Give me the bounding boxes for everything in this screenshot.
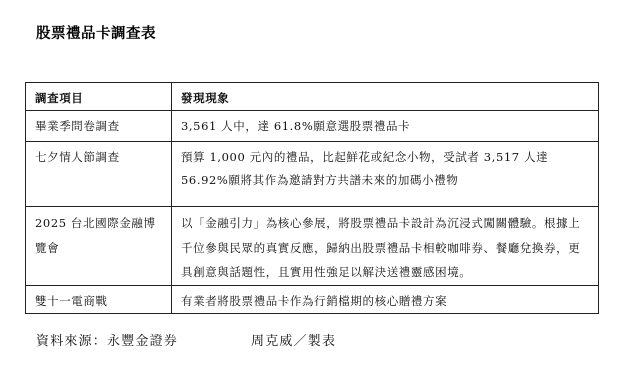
finding-cell: 以「金融引力」為核心參展，將股票禮品卡設計為沉浸式闖關體驗。根據上千位參與民眾的… <box>172 207 599 286</box>
survey-item-cell: 2025 台北國際金融博覽會 <box>26 207 172 286</box>
table-row: 七夕情人節調查 預算 1,000 元內的禮品，比起鮮花或紀念小物，受試者 3,5… <box>26 142 599 207</box>
header-survey-item: 調查項目 <box>26 83 172 111</box>
header-finding: 發現現象 <box>172 83 599 111</box>
table-row: 2025 台北國際金融博覽會 以「金融引力」為核心參展，將股票禮品卡設計為沉浸式… <box>26 207 599 286</box>
document-title: 股票禮品卡調查表 <box>36 22 156 43</box>
table-row: 雙十一電商戰 有業者將股票禮品卡作為行銷檔期的核心贈禮方案 <box>26 285 599 313</box>
survey-item-cell: 七夕情人節調查 <box>26 142 172 207</box>
table-author: 周克威／製表 <box>251 330 336 349</box>
finding-cell: 3,561 人中，達 61.8%願意選股票禮品卡 <box>172 111 599 142</box>
data-source: 資料來源：永豐金證券 <box>36 334 178 349</box>
survey-item-cell: 雙十一電商戰 <box>26 285 172 313</box>
finding-cell: 預算 1,000 元內的禮品，比起鮮花或紀念小物，受試者 3,517 人達 56… <box>172 142 599 207</box>
footer: 資料來源：永豐金證券 周克威／製表 <box>36 330 178 349</box>
finding-cell: 有業者將股票禮品卡作為行銷檔期的核心贈禮方案 <box>172 285 599 313</box>
survey-table: 調查項目 發現現象 畢業季問卷調查 3,561 人中，達 61.8%願意選股票禮… <box>25 82 599 314</box>
table-row: 畢業季問卷調查 3,561 人中，達 61.8%願意選股票禮品卡 <box>26 111 599 142</box>
survey-item-cell: 畢業季問卷調查 <box>26 111 172 142</box>
table-header-row: 調查項目 發現現象 <box>26 83 599 111</box>
